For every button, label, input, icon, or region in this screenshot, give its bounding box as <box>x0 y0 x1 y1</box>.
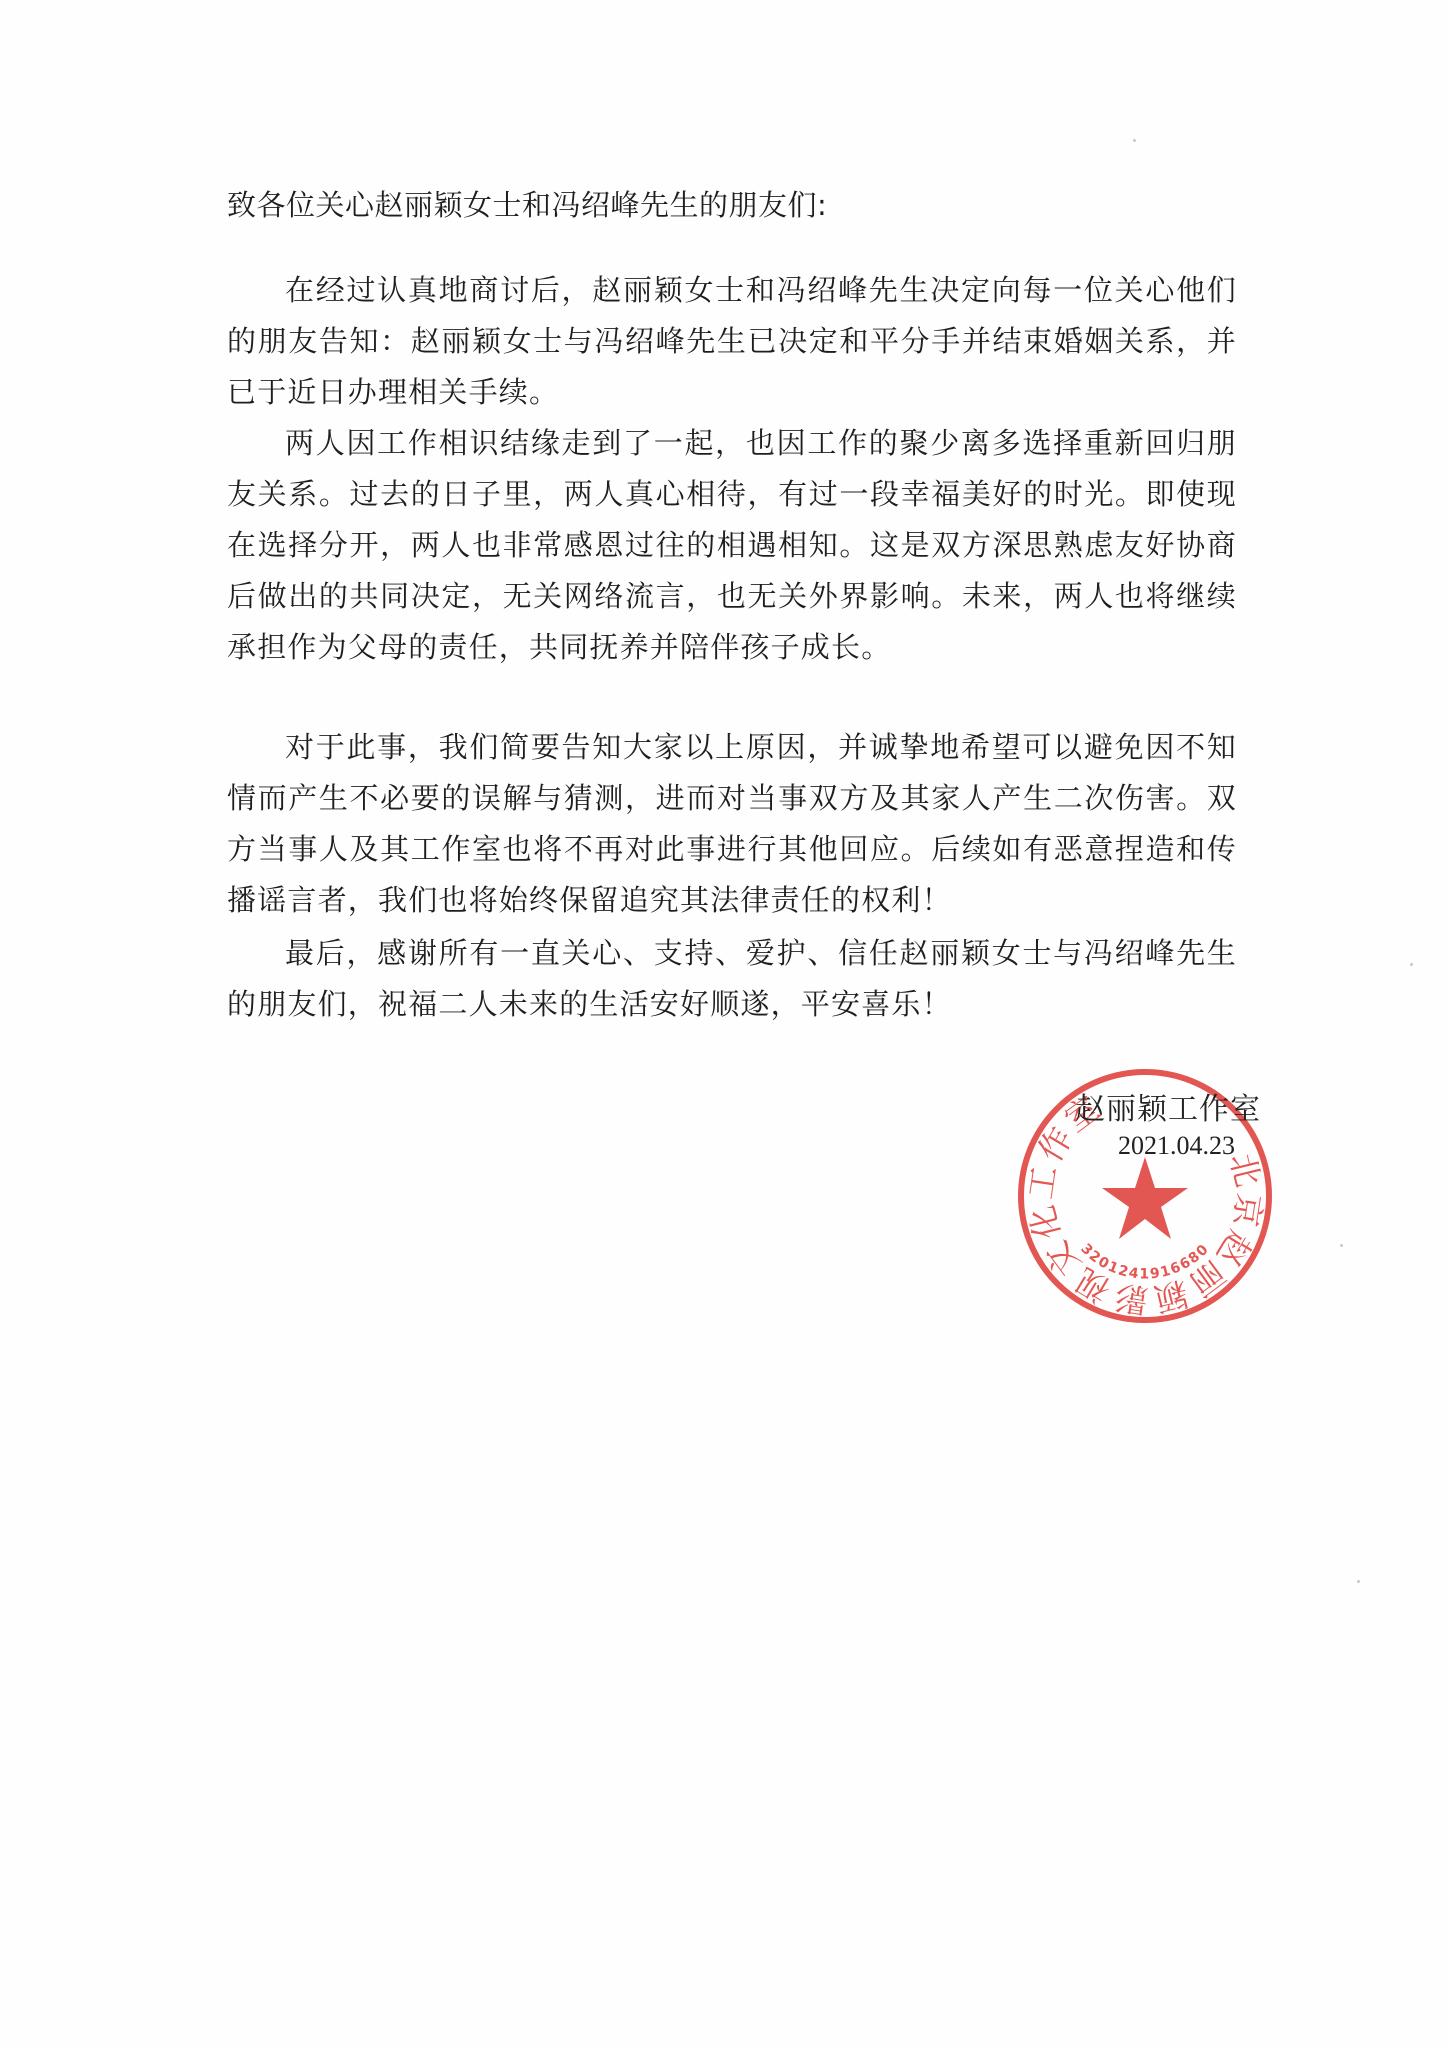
signature-date: 2021.04.23 <box>1118 1131 1235 1161</box>
paragraph-legal-notice: 对于此事，我们简要告知大家以上原因，并诚挚地希望可以避免因不知情而产生不必要的误… <box>227 722 1237 926</box>
paragraph-closing: 最后，感谢所有一直关心、支持、爱护、信任赵丽颖女士与冯绍峰先生的朋友们，祝福二人… <box>227 928 1237 1030</box>
scan-speck <box>1410 963 1413 966</box>
document-page: 致各位关心赵丽颖女士和冯绍峰先生的朋友们: 在经过认真地商讨后，赵丽颖女士和冯绍… <box>0 0 1448 2048</box>
scan-speck <box>1357 1580 1360 1583</box>
signature-name: 赵丽颖工作室 <box>1075 1084 1261 1128</box>
paragraph-reason: 两人因工作相识结缘走到了一起，也因工作的聚少离多选择重新回归朋友关系。过去的日子… <box>227 418 1237 673</box>
scan-speck <box>1133 139 1136 142</box>
salutation: 致各位关心赵丽颖女士和冯绍峰先生的朋友们: <box>227 180 1237 231</box>
paragraph-announcement: 在经过认真地商讨后，赵丽颖女士和冯绍峰先生决定向每一位关心他们的朋友告知：赵丽颖… <box>227 265 1237 418</box>
scan-speck <box>1340 1244 1343 1247</box>
